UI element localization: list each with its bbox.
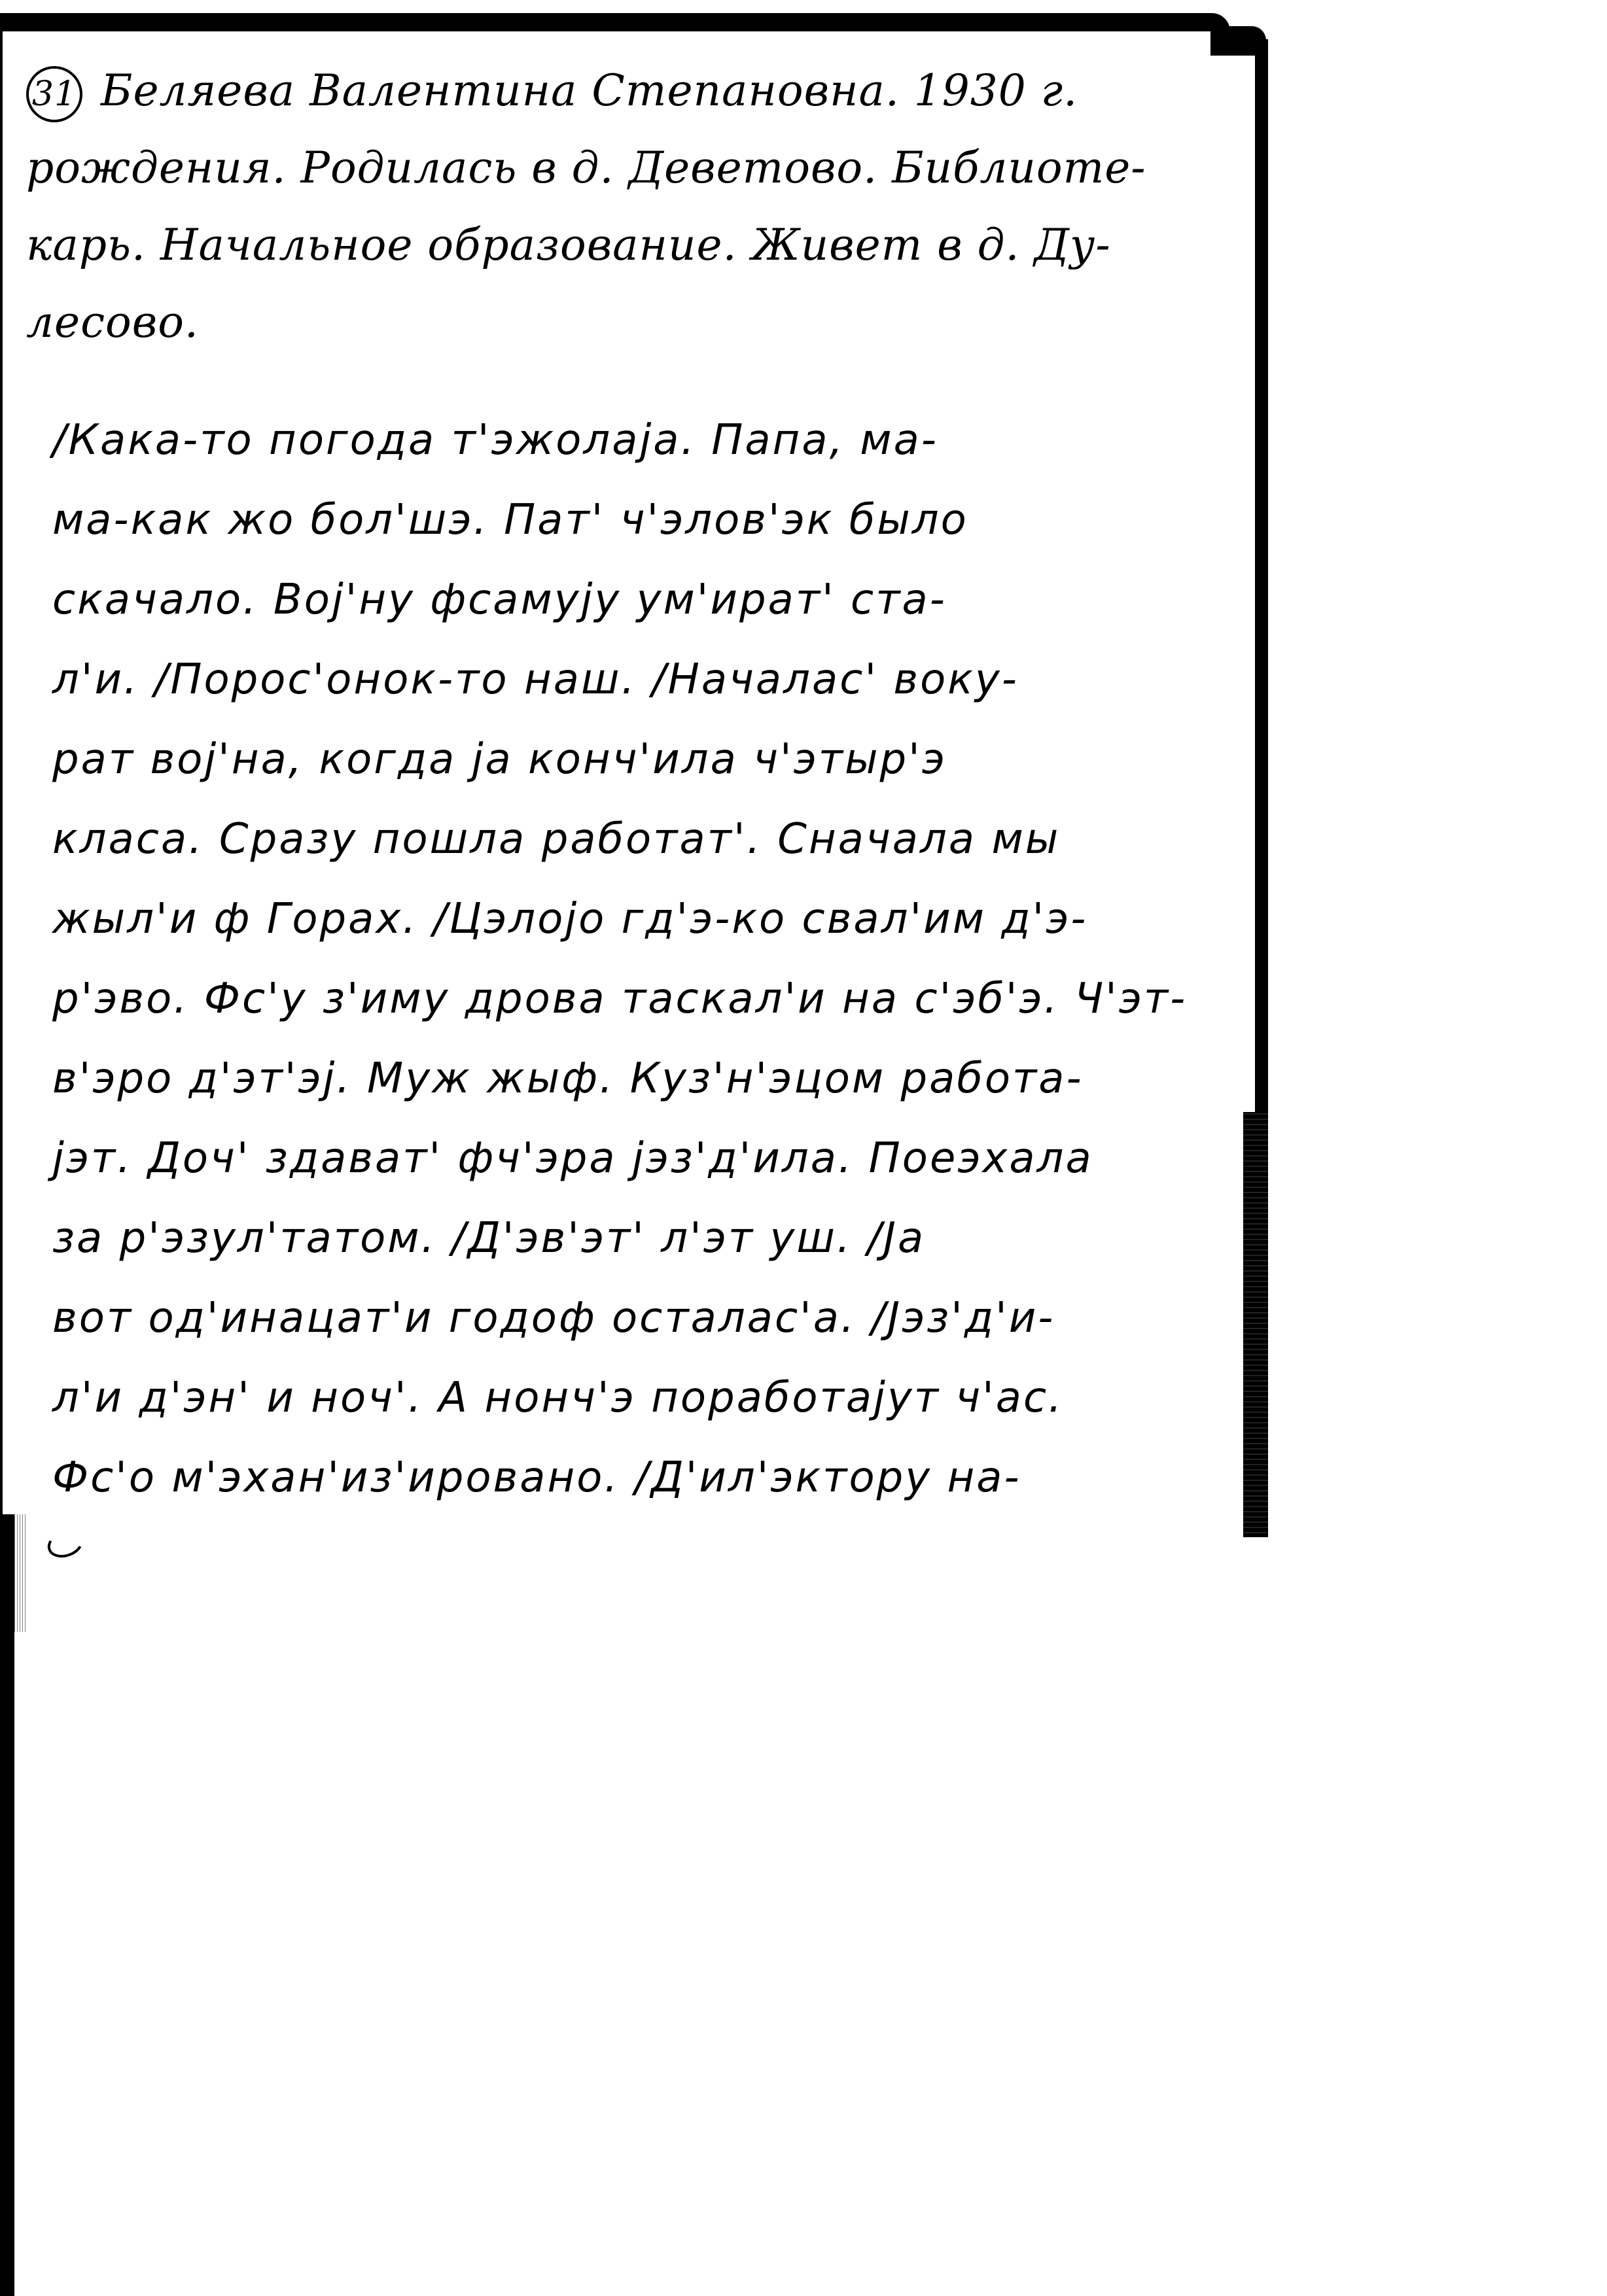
transcript-line: ма-как жо бол'шэ. Пат' ч'элов'эк было [52, 480, 1187, 560]
scan-grain [14, 1514, 26, 1632]
header-line-2: рождения. Родилась в д. Деветово. Библио… [26, 130, 1146, 207]
dialect-transcript: /Кака-то погода т'эжолаја. Папа, ма- ма-… [52, 400, 1187, 1518]
transcript-line: јэт. Доч' здават' фч'эра јэз'д'ила. Поеэ… [52, 1119, 1187, 1198]
transcript-line: р'эво. Фс'у з'иму дрова таскал'и на с'эб… [52, 959, 1187, 1039]
record-number-badge: 31 [26, 66, 82, 122]
transcript-line: /Кака-то погода т'эжолаја. Папа, ма- [52, 400, 1187, 480]
header-line-3: карь. Начальное образование. Живет в д. … [26, 207, 1146, 284]
scan-border-left [0, 26, 3, 1531]
transcript-line: в'эро д'эт'эј. Муж жыф. Куз'н'эцом работ… [52, 1039, 1187, 1119]
transcript-line: рат вој'на, когда ја конч'ила ч'этыр'э [52, 720, 1187, 799]
header-line-1: 31Беляева Валентина Степановна. 1930 г. [26, 52, 1146, 130]
scan-border-right-shadow [1243, 1112, 1268, 1537]
transcript-line: л'и. /Порос'онок-то наш. /Началас' воку- [52, 640, 1187, 720]
header-line-4: лесово. [26, 284, 1146, 361]
informant-header: 31Беляева Валентина Степановна. 1930 г. … [26, 52, 1146, 361]
transcript-line: жыл'и ф Горах. /Цэлојо гд'э-ко свал'им д… [52, 879, 1187, 959]
transcript-line: л'и д'эн' и ноч'. А нонч'э поработајут ч… [52, 1358, 1187, 1438]
transcript-line: класа. Сразу пошла работат'. Сначала мы [52, 799, 1187, 879]
transcript-line: вот од'инацат'и годоф осталас'а. /Јэз'д'… [52, 1278, 1187, 1358]
transcript-line: Фс'о м'эхан'из'ировано. /Д'ил'эктору на- [52, 1438, 1187, 1518]
scan-smudge-mark [44, 1525, 87, 1563]
transcript-line: скачало. Вој'ну фсамују ум'ират' ста- [52, 560, 1187, 640]
transcript-line: за р'эзул'татом. /Д'эв'эт' л'эт уш. /Ја [52, 1198, 1187, 1278]
header-line-1-text: Беляева Валентина Степановна. 1930 г. [101, 65, 1078, 116]
scan-border-left-lower [0, 1514, 14, 2296]
scan-border-top [0, 13, 1230, 31]
